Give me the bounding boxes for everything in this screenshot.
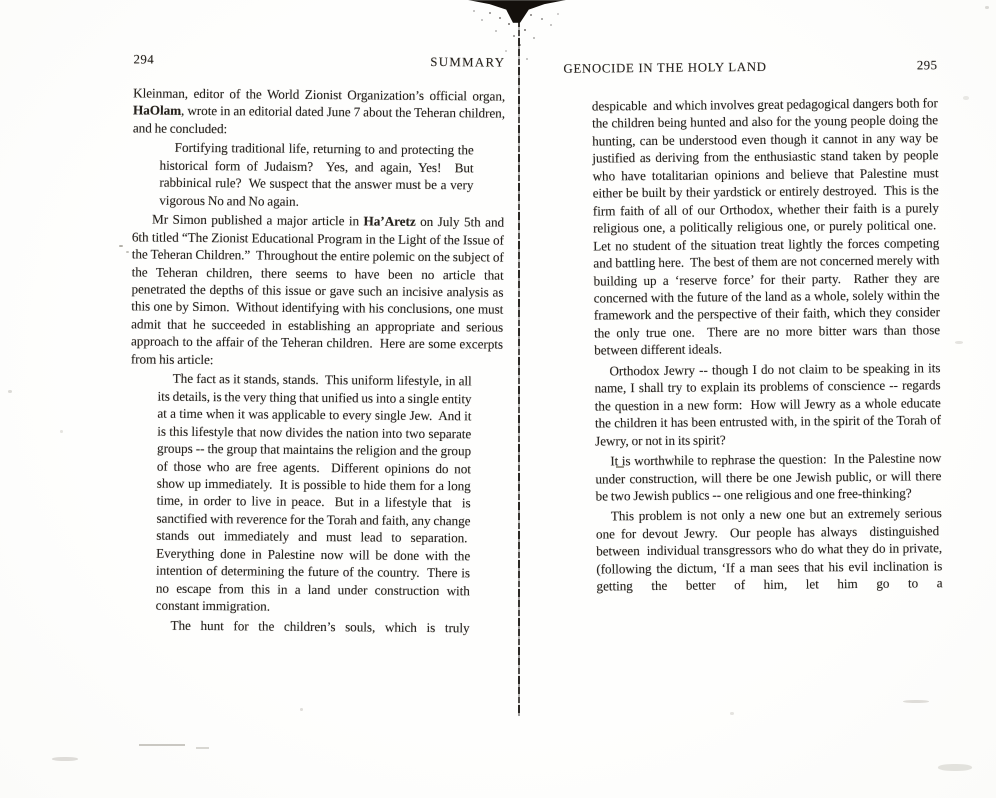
running-header-right: GENOCIDE IN THE HOLY LAND bbox=[563, 60, 766, 77]
text-run: It is worthwhile to rephrase the questio… bbox=[595, 450, 941, 503]
left-running-head: 294 SUMMARY bbox=[133, 52, 505, 70]
block-quote-paragraph: The fact as it stands, stands. This unif… bbox=[156, 370, 472, 617]
scan-speck bbox=[963, 96, 969, 100]
scan-speck bbox=[60, 430, 63, 433]
page-number-right: 295 bbox=[917, 58, 938, 73]
text-run: Kleinman, editor of the World Zionist Or… bbox=[133, 85, 505, 103]
left-page: 294 SUMMARY Kleinman, editor of the Worl… bbox=[131, 54, 503, 637]
right-page: GENOCIDE IN THE HOLY LAND 295 despicable… bbox=[566, 60, 940, 597]
scan-speck bbox=[119, 245, 123, 247]
block-quote-paragraph: Fortifying traditional life, returning t… bbox=[159, 139, 474, 212]
block-quote-paragraph: The hunt for the children’s souls, which… bbox=[155, 616, 469, 636]
scan-speck bbox=[955, 341, 963, 344]
text-run: The fact as it stands, stands. This unif… bbox=[156, 371, 472, 614]
block-quote-continued: despicable and which involves great peda… bbox=[592, 94, 940, 359]
text-run: on July 5th and 6th titled “The Zionist … bbox=[131, 214, 504, 367]
block-quote-paragraph: Orthodox Jewry -- though I do not claim … bbox=[594, 359, 941, 450]
text-run: , wrote in an editorial dated June 7 abo… bbox=[133, 103, 505, 136]
text-run: This problem is not only a new one but a… bbox=[596, 506, 943, 594]
scan-speck bbox=[616, 466, 624, 468]
text-run: The hunt for the children’s souls, which… bbox=[170, 617, 469, 635]
text-run: Fortifying traditional life, returning t… bbox=[159, 140, 474, 208]
right-running-head: GENOCIDE IN THE HOLY LAND 295 bbox=[563, 58, 937, 77]
text-run: Mr Simon published a major article in bbox=[152, 212, 364, 229]
block-quote-paragraph: This problem is not only a new one but a… bbox=[596, 505, 943, 596]
scan-speck bbox=[52, 757, 78, 761]
scan-speck bbox=[139, 744, 185, 746]
scan-speck bbox=[196, 747, 209, 749]
block-quote-paragraph: It is worthwhile to rephrase the questio… bbox=[595, 449, 941, 505]
scan-speck bbox=[985, 6, 989, 9]
page-number-left: 294 bbox=[133, 52, 154, 67]
paragraph-continued: Kleinman, editor of the World Zionist Or… bbox=[133, 84, 505, 140]
book-gutter-line bbox=[518, 20, 520, 716]
paragraph: Mr Simon published a major article in Ha… bbox=[131, 211, 504, 371]
right-page-body: despicable and which involves great peda… bbox=[564, 94, 943, 595]
running-header-left: SUMMARY bbox=[430, 55, 505, 71]
scan-speck bbox=[938, 764, 972, 771]
text-run: Orthodox Jewry -- though I do not claim … bbox=[595, 360, 941, 448]
scan-speck bbox=[8, 390, 12, 393]
scan-speck bbox=[903, 700, 929, 703]
binding-speckle-dots bbox=[517, 6, 519, 8]
bold-text: Ha’Aretz bbox=[364, 214, 416, 229]
scan-speck bbox=[300, 708, 303, 711]
bold-text: HaOlam bbox=[133, 103, 181, 118]
scan-speck bbox=[126, 251, 129, 253]
left-page-body: Kleinman, editor of the World Zionist Or… bbox=[128, 84, 505, 636]
scan-speck bbox=[730, 712, 734, 715]
text-run: despicable and which involves great peda… bbox=[592, 95, 940, 358]
